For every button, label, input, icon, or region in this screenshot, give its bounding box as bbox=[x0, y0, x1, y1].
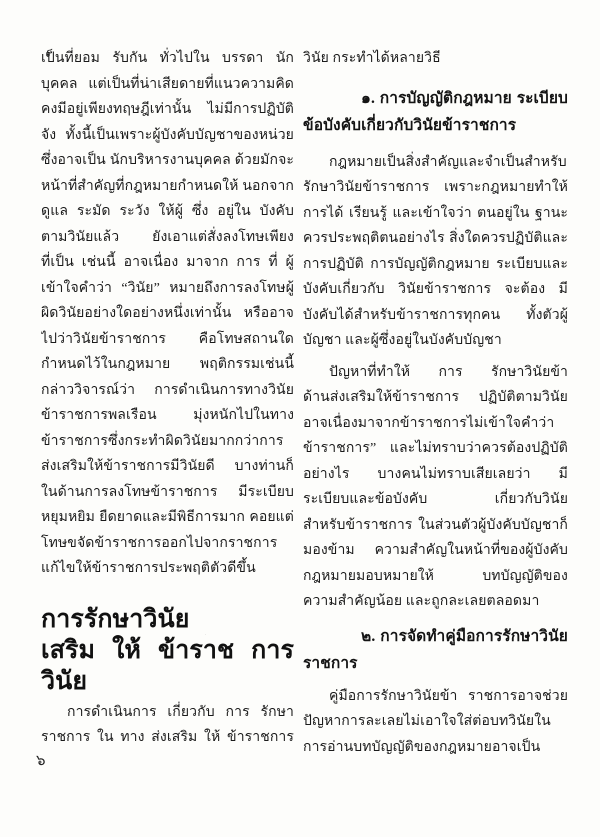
text-line: ส่งเสริมให้ข้าราชการมีวินัยดี บางท่านก็ว… bbox=[41, 454, 294, 480]
text-line: ซึ่งอาจเป็น นักบริหารงานบุคคล ด้วยมักจะ … bbox=[41, 148, 294, 174]
text-line: การดำเนินการ เกี่ยวกับ การ รักษา วินัยข้… bbox=[41, 700, 294, 726]
section-2-paragraph: คู่มือการรักษาวินัยข้า ราชการอาจช่วยแก้ป… bbox=[303, 684, 568, 761]
text-line: กฎหมายเป็นสิ่งสำคัญและจำเป็นสำหรับการ bbox=[303, 150, 568, 176]
text-line: อย่างไร บางคนไม่ทราบเสียเลยว่า มีกฎหมาย bbox=[303, 462, 568, 488]
text-line: ตามวินัยแล้ว ยังเอาแต่สั่งลงโทษเพียงอย่า… bbox=[41, 225, 294, 251]
scanned-document-page: เป็นที่ยอม รับกัน ทั่วไปใน บรรดา นัก บริ… bbox=[0, 0, 600, 837]
text-line: จัง ทั้งนี้เป็นเพราะผู้บังคับบัญชาของหน่… bbox=[41, 123, 294, 149]
article-heading: การรักษาวินัยข้าราชการ โดยวิธีส่งเสริม ใ… bbox=[41, 604, 294, 697]
text-line: ราชการ ใน ทาง ส่งเสริม ให้ ข้าราชการ ประ… bbox=[41, 725, 294, 751]
text-line: ควรประพฤติตนอย่างไร สิ่งใดควรปฏิบัติและล… bbox=[303, 226, 568, 252]
text-line: การปฏิบัติ การบัญญัติกฎหมาย ระเบียบและข้… bbox=[303, 252, 568, 278]
text-line: คู่มือการรักษาวินัยข้า ราชการอาจช่วยแก้ bbox=[303, 684, 568, 710]
heading-line: ๒. การจัดทำคู่มือการรักษาวินัยข้า- bbox=[303, 623, 568, 650]
heading-line: การรักษาวินัยข้าราชการ โดยวิธีส่ง bbox=[41, 604, 294, 635]
text-line: เข้าใจคำว่า “วินัย” หมายถึงการลงโทษผู้ซึ… bbox=[41, 276, 294, 302]
text-line: การได้ เรียนรู้ และเข้าใจว่า ตนอยู่ใน ฐา… bbox=[303, 201, 568, 227]
heading-line: ข้อบังคับเกี่ยวกับวินัยข้าราชการ bbox=[303, 112, 568, 139]
text-line: บังคับเกี่ยวกับ วินัยข้าราชการ จะต้อง มี… bbox=[303, 277, 568, 303]
body-paragraph-intro: วินัย กระทำได้หลายวิธี bbox=[303, 46, 568, 72]
text-line: ข้าราชการพลเรือน มุ่งหนักไปในทางบังคับลง… bbox=[41, 403, 294, 429]
section-2-heading: ๒. การจัดทำคู่มือการรักษาวินัยข้า-ราชการ bbox=[303, 623, 568, 677]
text-line: ระเบียบและข้อบังคับ เกี่ยวกับวินัยข้าราช… bbox=[303, 487, 568, 513]
text-line: ปัญหาการละเลยไม่เอาใจใส่ต่อบทวินัยในกฎหม… bbox=[303, 709, 568, 735]
page-number: ๖ bbox=[36, 748, 46, 772]
section-1-paragraph-2: ปัญหาที่ทำให้ การ รักษาวินัยข้า ราชการ ใ… bbox=[303, 360, 568, 615]
text-line: สำหรับข้าราชการ ในส่วนตัวผู้บังคับบัญชาก… bbox=[303, 513, 568, 539]
text-line: คงมีอยู่เพียงทฤษฎีเท่านั้น ไม่มีการปฏิบั… bbox=[41, 97, 294, 123]
heading-line: เสริม ให้ ข้าราช การ ประพฤติ ตาม bbox=[41, 635, 294, 666]
body-paragraph: การดำเนินการ เกี่ยวกับ การ รักษา วินัยข้… bbox=[41, 700, 294, 751]
left-text-column: เป็นที่ยอม รับกัน ทั่วไปใน บรรดา นัก บริ… bbox=[41, 46, 294, 751]
heading-line: วินัย bbox=[41, 666, 294, 697]
text-line: บุคคล แต่เป็นที่น่าเสียดายที่แนวความคิดด… bbox=[41, 72, 294, 98]
text-line: กำหนดไว้ในกฎหมาย พฤติกรรมเช่นนี้ทำให้มีผ… bbox=[41, 352, 294, 378]
text-line: ที่เป็น เช่นนี้ อาจเนื่อง มาจาก การ ที่ … bbox=[41, 250, 294, 276]
text-line: หน้าที่สำคัญที่กฎหมายกำหนดให้ นอกจากจะไม… bbox=[41, 174, 294, 200]
text-line: ในด้านการลงโทษข้าราชการ มีระเบียบข้อบังค… bbox=[41, 480, 294, 506]
text-line: ดูแล ระมัด ระวัง ให้ผู้ ซึ่ง อยู่ใน บังค… bbox=[41, 199, 294, 225]
text-line: แก้ไขให้ข้าราชการประพฤติตัวดีขึ้น bbox=[41, 556, 294, 582]
text-line: บัญชา และผู้ซึ่งอยู่ในบังคับบัญชา bbox=[303, 328, 568, 354]
text-line: อาจเนื่องมาจากข้าราชการไม่เข้าใจคำว่า “ว… bbox=[303, 411, 568, 437]
text-line: รักษาวินัยข้าราชการ เพราะกฎหมายทำให้ข้าร… bbox=[303, 175, 568, 201]
text-line: ด้านส่งเสริมให้ข้าราชการ ปฏิบัติตามวินัย… bbox=[303, 385, 568, 411]
section-1-paragraph-1: กฎหมายเป็นสิ่งสำคัญและจำเป็นสำหรับการรัก… bbox=[303, 150, 568, 354]
text-line: เป็นที่ยอม รับกัน ทั่วไปใน บรรดา นัก บริ… bbox=[41, 46, 294, 72]
text-line: การอ่านบทบัญญัติของกฎหมายอาจเป็นเรื่องเข… bbox=[303, 735, 568, 761]
text-line: ไปว่าวินัยข้าราชการ คือโทษสถานใดสถานหนึ่… bbox=[41, 327, 294, 353]
text-line: โทษขจัดข้าราชการออกไปจากราชการ ไม่หาทาง bbox=[41, 531, 294, 557]
right-text-column: วินัย กระทำได้หลายวิธี ๑. การบัญญัติกฎหม… bbox=[303, 46, 568, 760]
section-1-heading: ๑. การบัญญัติกฎหมาย ระเบียบและข้อบังคับเ… bbox=[303, 85, 568, 139]
text-line: บังคับได้สำหรับข้าราชการทุกคน ทั้งตัวผู้… bbox=[303, 303, 568, 329]
text-line: ข้าราชการซึ่งกระทำผิดวินัยมากกว่าการป้อง… bbox=[41, 429, 294, 455]
text-line: หยุมหยิม ยืดยาดและมีพิธีการมาก คอยแต่จะล… bbox=[41, 505, 294, 531]
text-line: วินัย กระทำได้หลายวิธี bbox=[303, 46, 568, 72]
text-line: กล่าววิจารณ์ว่า การดำเนินการทางวินัยในระ… bbox=[41, 378, 294, 404]
text-line: ข้าราชการ” และไม่ทราบว่าควรต้องปฏิบัติตน bbox=[303, 436, 568, 462]
text-line: ปัญหาที่ทำให้ การ รักษาวินัยข้า ราชการ ใ… bbox=[303, 360, 568, 386]
text-line: กฎหมายมอบหมายให้ บทบัญญัติของกฎหมายจึงมี bbox=[303, 564, 568, 590]
text-line: ความสำคัญน้อย และถูกละเลยตลอดมา bbox=[303, 589, 568, 615]
body-paragraph-continued: เป็นที่ยอม รับกัน ทั่วไปใน บรรดา นัก บริ… bbox=[41, 46, 294, 582]
text-line: มองข้าม ความสำคัญในหน้าที่ของผู้บังคับบั… bbox=[303, 538, 568, 564]
heading-line: ราชการ bbox=[303, 650, 568, 677]
text-line: ผิดวินัยอย่างใดอย่างหนึ่งเท่านั้น หรืออา… bbox=[41, 301, 294, 327]
heading-line: ๑. การบัญญัติกฎหมาย ระเบียบและ bbox=[303, 85, 568, 112]
